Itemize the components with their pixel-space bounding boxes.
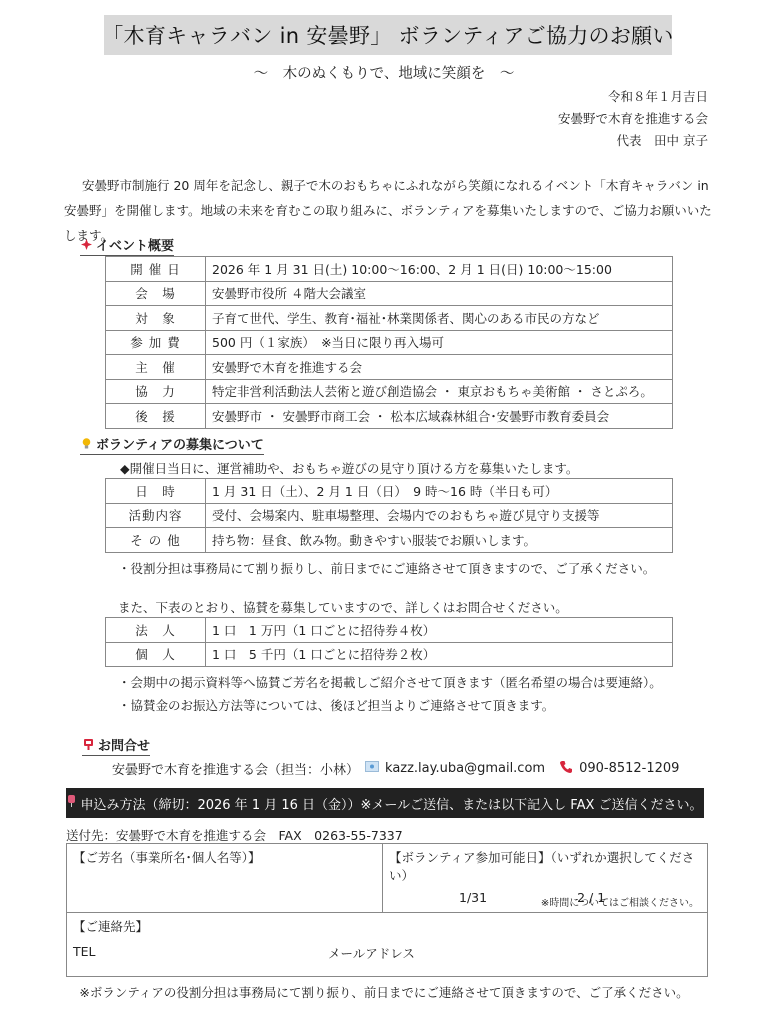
- table-row: 後 援安曇野市 ・ 安曇野市商工会 ・ 松本広域森林組合･安曇野市教育委員会: [106, 404, 673, 429]
- row-value: 安曇野で木育を推進する会: [206, 355, 673, 380]
- sponsorship-note: ・会期中の掲示資料等へ協賛ご芳名を掲載しご紹介させて頂きます（匿名希望の場合は要…: [118, 673, 662, 691]
- row-value: 500 円（１家族） ※当日に限り再入場可: [206, 330, 673, 355]
- volunteer-table: 日 時1 月 31 日（土）、2 月 1 日（日） 9 時～16 時（半日も可）…: [105, 478, 673, 553]
- section-heading-label: イベント概要: [96, 235, 174, 254]
- fax-send-to: 送付先：安曇野で木育を推進する会 FAX 0263-55-7337: [66, 826, 403, 844]
- table-row: 参 加 費500 円（１家族） ※当日に限り再入場可: [106, 330, 673, 355]
- row-label: 法 人: [106, 618, 206, 643]
- volunteer-lead: ◆開催日当日に、運営補助や、おもちゃ遊びの見守り頂ける方を募集いたします。: [120, 459, 578, 477]
- table-row: 個 人1 口 5 千円（1 口ごとに招待券２枚）: [106, 642, 673, 667]
- title-banner: 「木育キャラバン in 安曇野」 ボランティアご協力のお願い: [104, 15, 672, 55]
- row-value: 特定非営利活動法人芸術と遊び創造協会 ・ 東京おもちゃ美術館 ・ さとぷろ。: [206, 379, 673, 404]
- application-form: 【ご芳名（事業所名･個人名等）】 【ボランティア参加可能日】（いずれか選択してく…: [66, 843, 708, 977]
- table-row: 会 場安曇野市役所 ４階大会議室: [106, 281, 673, 306]
- row-value: 1 口 5 千円（1 口ごとに招待券２枚）: [206, 642, 673, 667]
- row-value: 安曇野市 ・ 安曇野市商工会 ・ 松本広域森林組合･安曇野市教育委員会: [206, 404, 673, 429]
- row-label: 協 力: [106, 379, 206, 404]
- row-label: 日 時: [106, 479, 206, 504]
- contact-email[interactable]: kazz.lay.uba@gmail.com: [385, 761, 545, 776]
- row-value: 受付、会場案内、駐車場整理、会場内でのおもちゃ遊び見守り支援等: [206, 503, 673, 528]
- row-label: 会 場: [106, 281, 206, 306]
- contact-phone[interactable]: 090-8512-1209: [579, 761, 679, 776]
- table-row: 活動内容受付、会場案内、駐車場整理、会場内でのおもちゃ遊び見守り支援等: [106, 503, 673, 528]
- row-label: 開 催 日: [106, 257, 206, 282]
- mailbox-icon: [82, 738, 95, 751]
- event-overview-table: 開 催 日2026 年 1 月 31 日(土) 10:00～16:00、2 月 …: [105, 256, 673, 429]
- name-field-label: 【ご芳名（事業所名･個人名等）】: [73, 850, 261, 865]
- sponsorship-table: 法 人1 口 1 万円（1 口ごとに招待券４枚） 個 人1 口 5 千円（1 口…: [105, 617, 673, 667]
- name-field[interactable]: 【ご芳名（事業所名･個人名等）】: [67, 844, 383, 913]
- row-value: 2026 年 1 月 31 日(土) 10:00～16:00、2 月 1 日(日…: [206, 257, 673, 282]
- row-value: 子育て世代、学生、教育･福祉･林業関係者、関心のある市民の方など: [206, 306, 673, 331]
- pin-icon: [67, 794, 76, 812]
- email-field[interactable]: メールアドレス: [328, 944, 415, 962]
- day-option-jan31[interactable]: 1/31: [459, 890, 487, 905]
- row-label: 活動内容: [106, 503, 206, 528]
- table-row: 対 象子育て世代、学生、教育･福祉･林業関係者、関心のある市民の方など: [106, 306, 673, 331]
- sponsorship-note: ・協賛金のお振込方法等については、後ほど担当よりご連絡させて頂きます。: [118, 696, 554, 714]
- row-label: 個 人: [106, 642, 206, 667]
- page-title: 「木育キャラバン in 安曇野」 ボランティアご協力のお願い: [102, 20, 674, 50]
- contact-organization: 安曇野で木育を推進する会（担当：小林）: [112, 759, 359, 778]
- row-label: 後 援: [106, 404, 206, 429]
- row-value: 1 口 1 万円（1 口ごとに招待券４枚）: [206, 618, 673, 643]
- lightbulb-icon: [80, 437, 93, 450]
- issue-date: 令和８年１月吉日: [608, 86, 708, 108]
- row-label: 対 象: [106, 306, 206, 331]
- row-label: そ の 他: [106, 528, 206, 553]
- sponsorship-lead: また、下表のとおり、協賛を募集していますので、詳しくはお問合せください。: [118, 598, 568, 616]
- contact-field-label: 【ご連絡先】: [73, 917, 701, 935]
- table-row: 法 人1 口 1 万円（1 口ごとに招待券４枚）: [106, 618, 673, 643]
- participation-days-label: 【ボランティア参加可能日】（いずれか選択してください）: [389, 848, 701, 884]
- table-row: 日 時1 月 31 日（土）、2 月 1 日（日） 9 時～16 時（半日も可）: [106, 479, 673, 504]
- contact-line: 安曇野で木育を推進する会（担当：小林） kazz.lay.uba@gmail.c…: [112, 759, 679, 778]
- row-label: 主 催: [106, 355, 206, 380]
- section-heading-volunteer: ボランティアの募集について: [80, 434, 264, 455]
- row-value: 1 月 31 日（土）、2 月 1 日（日） 9 時～16 時（半日も可）: [206, 479, 673, 504]
- section-heading-label: ボランティアの募集について: [96, 434, 264, 453]
- section-heading-label: お問合せ: [98, 735, 150, 754]
- form-row: 【ご芳名（事業所名･個人名等）】 【ボランティア参加可能日】（いずれか選択してく…: [67, 844, 708, 913]
- form-row: 【ご連絡先】 TEL メールアドレス: [67, 913, 708, 977]
- time-consult-note: ※時間についてはご相談ください。: [541, 894, 699, 909]
- table-row: そ の 他持ち物：昼食、飲み物。動きやすい服装でお願いします。: [106, 528, 673, 553]
- contact-field: 【ご連絡先】 TEL メールアドレス: [67, 913, 708, 977]
- section-heading-contact: お問合せ: [82, 735, 150, 756]
- subtitle: ～ 木のぬくもりで、地域に笑顔を ～: [0, 62, 768, 83]
- participation-days-field: 【ボランティア参加可能日】（いずれか選択してください） 1/31 2 / 1 ※…: [383, 844, 708, 913]
- table-row: 協 力特定非営利活動法人芸術と遊び創造協会 ・ 東京おもちゃ美術館 ・ さとぷろ…: [106, 379, 673, 404]
- email-icon: [365, 761, 379, 776]
- tel-field[interactable]: TEL: [73, 944, 328, 962]
- application-method-bar: 申込み方法（締切：2026 年 1 月 16 日（金））※メールご送信、または以…: [66, 788, 704, 818]
- row-value: 安曇野市役所 ４階大会議室: [206, 281, 673, 306]
- issuing-organization: 安曇野で木育を推進する会: [558, 108, 708, 130]
- table-row: 開 催 日2026 年 1 月 31 日(土) 10:00～16:00、2 月 …: [106, 257, 673, 282]
- application-method-text: 申込み方法（締切：2026 年 1 月 16 日（金））※メールご送信、または以…: [80, 794, 702, 813]
- row-label: 参 加 費: [106, 330, 206, 355]
- phone-icon: [559, 760, 573, 778]
- footer-note: ※ボランティアの役割分担は事務局にて割り振り、前日までにご連絡させて頂きますので…: [0, 983, 768, 1001]
- volunteer-note: ・役割分担は事務局にて割り振りし、前日までにご連絡させて頂きますので、ご了承くだ…: [118, 559, 655, 577]
- table-row: 主 催安曇野で木育を推進する会: [106, 355, 673, 380]
- section-heading-event: イベント概要: [80, 235, 174, 256]
- row-value: 持ち物：昼食、飲み物。動きやすい服装でお願いします。: [206, 528, 673, 553]
- pushpin-icon: [80, 238, 93, 251]
- flyer-page: 「木育キャラバン in 安曇野」 ボランティアご協力のお願い ～ 木のぬくもりで…: [0, 0, 768, 1024]
- representative: 代表 田中 京子: [617, 130, 708, 152]
